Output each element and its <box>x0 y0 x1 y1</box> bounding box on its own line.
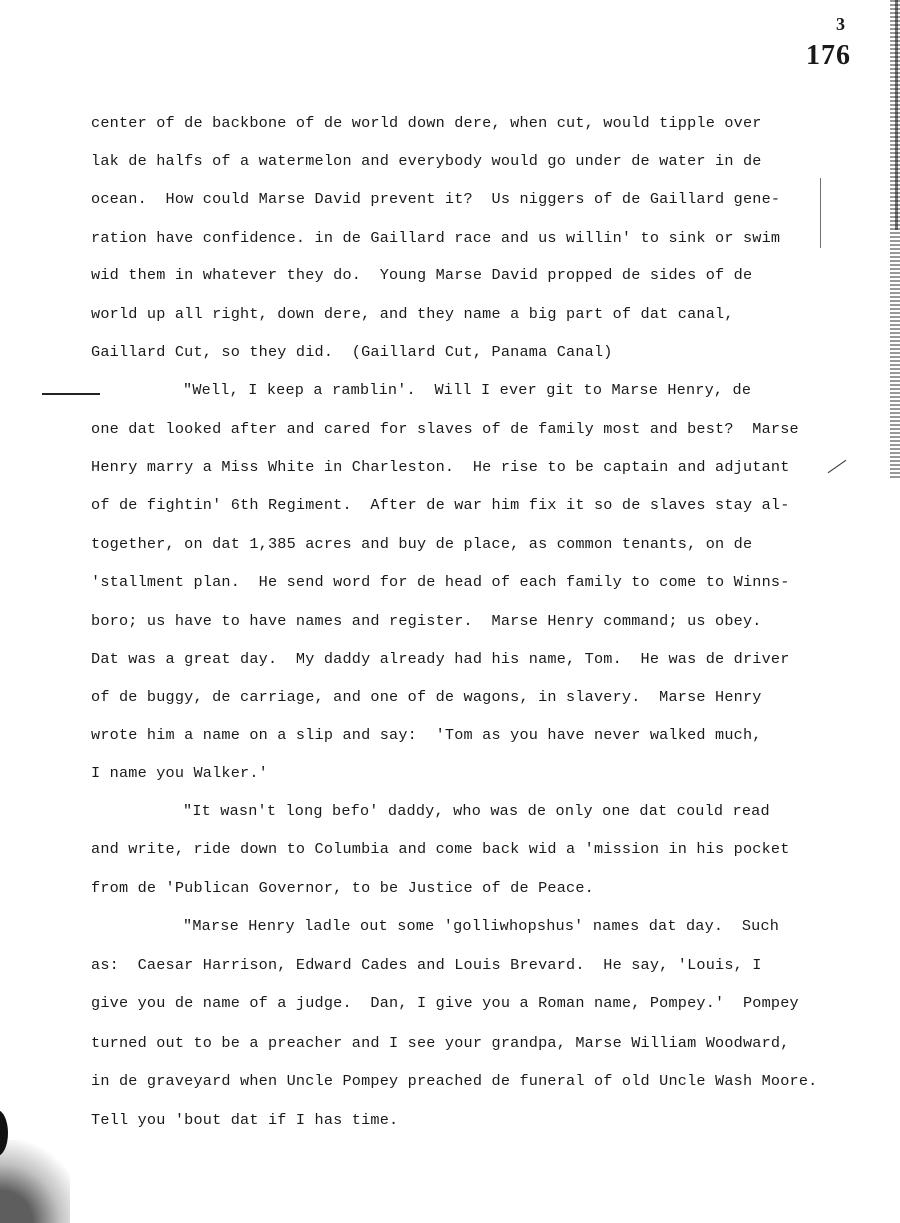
text-line: of de buggy, de carriage, and one of de … <box>91 688 762 706</box>
text-line: as: Caesar Harrison, Edward Cades and Lo… <box>91 956 762 974</box>
margin-slash-mark <box>828 460 847 473</box>
text-line: boro; us have to have names and register… <box>91 612 762 630</box>
text-line: turned out to be a preacher and I see yo… <box>91 1034 790 1052</box>
text-line: "Well, I keep a ramblin'. Will I ever gi… <box>183 381 751 399</box>
scan-corner-shadow <box>0 1140 70 1223</box>
text-line: 'stallment plan. He send word for de hea… <box>91 573 790 591</box>
text-line: and write, ride down to Columbia and com… <box>91 840 790 858</box>
scan-edge-shadow <box>895 0 898 230</box>
text-line: give you de name of a judge. Dan, I give… <box>91 994 799 1012</box>
margin-pencil-mark <box>42 393 100 395</box>
text-line: wid them in whatever they do. Young Mars… <box>91 266 752 284</box>
text-line: "It wasn't long befo' daddy, who was de … <box>183 802 770 820</box>
text-line: ration have confidence. in de Gaillard r… <box>91 229 780 247</box>
text-line: in de graveyard when Uncle Pompey preach… <box>91 1072 818 1090</box>
text-line: lak de halfs of a watermelon and everybo… <box>91 152 762 170</box>
text-line: Tell you 'bout dat if I has time. <box>91 1111 398 1129</box>
text-line: of de fightin' 6th Regiment. After de wa… <box>91 496 790 514</box>
text-line: world up all right, down dere, and they … <box>91 305 734 323</box>
margin-vertical-mark <box>820 178 821 248</box>
text-line: Henry marry a Miss White in Charleston. … <box>91 458 790 476</box>
text-line: from de 'Publican Governor, to be Justic… <box>91 879 594 897</box>
text-line: Dat was a great day. My daddy already ha… <box>91 650 790 668</box>
text-line: one dat looked after and cared for slave… <box>91 420 799 438</box>
page-number: 176 <box>806 40 851 72</box>
page-mark: 3 <box>836 14 845 35</box>
text-line: I name you Walker.' <box>91 764 268 782</box>
text-line: Gaillard Cut, so they did. (Gaillard Cut… <box>91 343 613 361</box>
text-line: "Marse Henry ladle out some 'golliwhopsh… <box>183 917 779 935</box>
text-line: ocean. How could Marse David prevent it?… <box>91 190 780 208</box>
text-line: together, on dat 1,385 acres and buy de … <box>91 535 752 553</box>
text-line: center of de backbone of de world down d… <box>91 114 762 132</box>
text-line: wrote him a name on a slip and say: 'Tom… <box>91 726 762 744</box>
scanned-document-page: 3 176 center of de backbone of de world … <box>0 0 900 1223</box>
